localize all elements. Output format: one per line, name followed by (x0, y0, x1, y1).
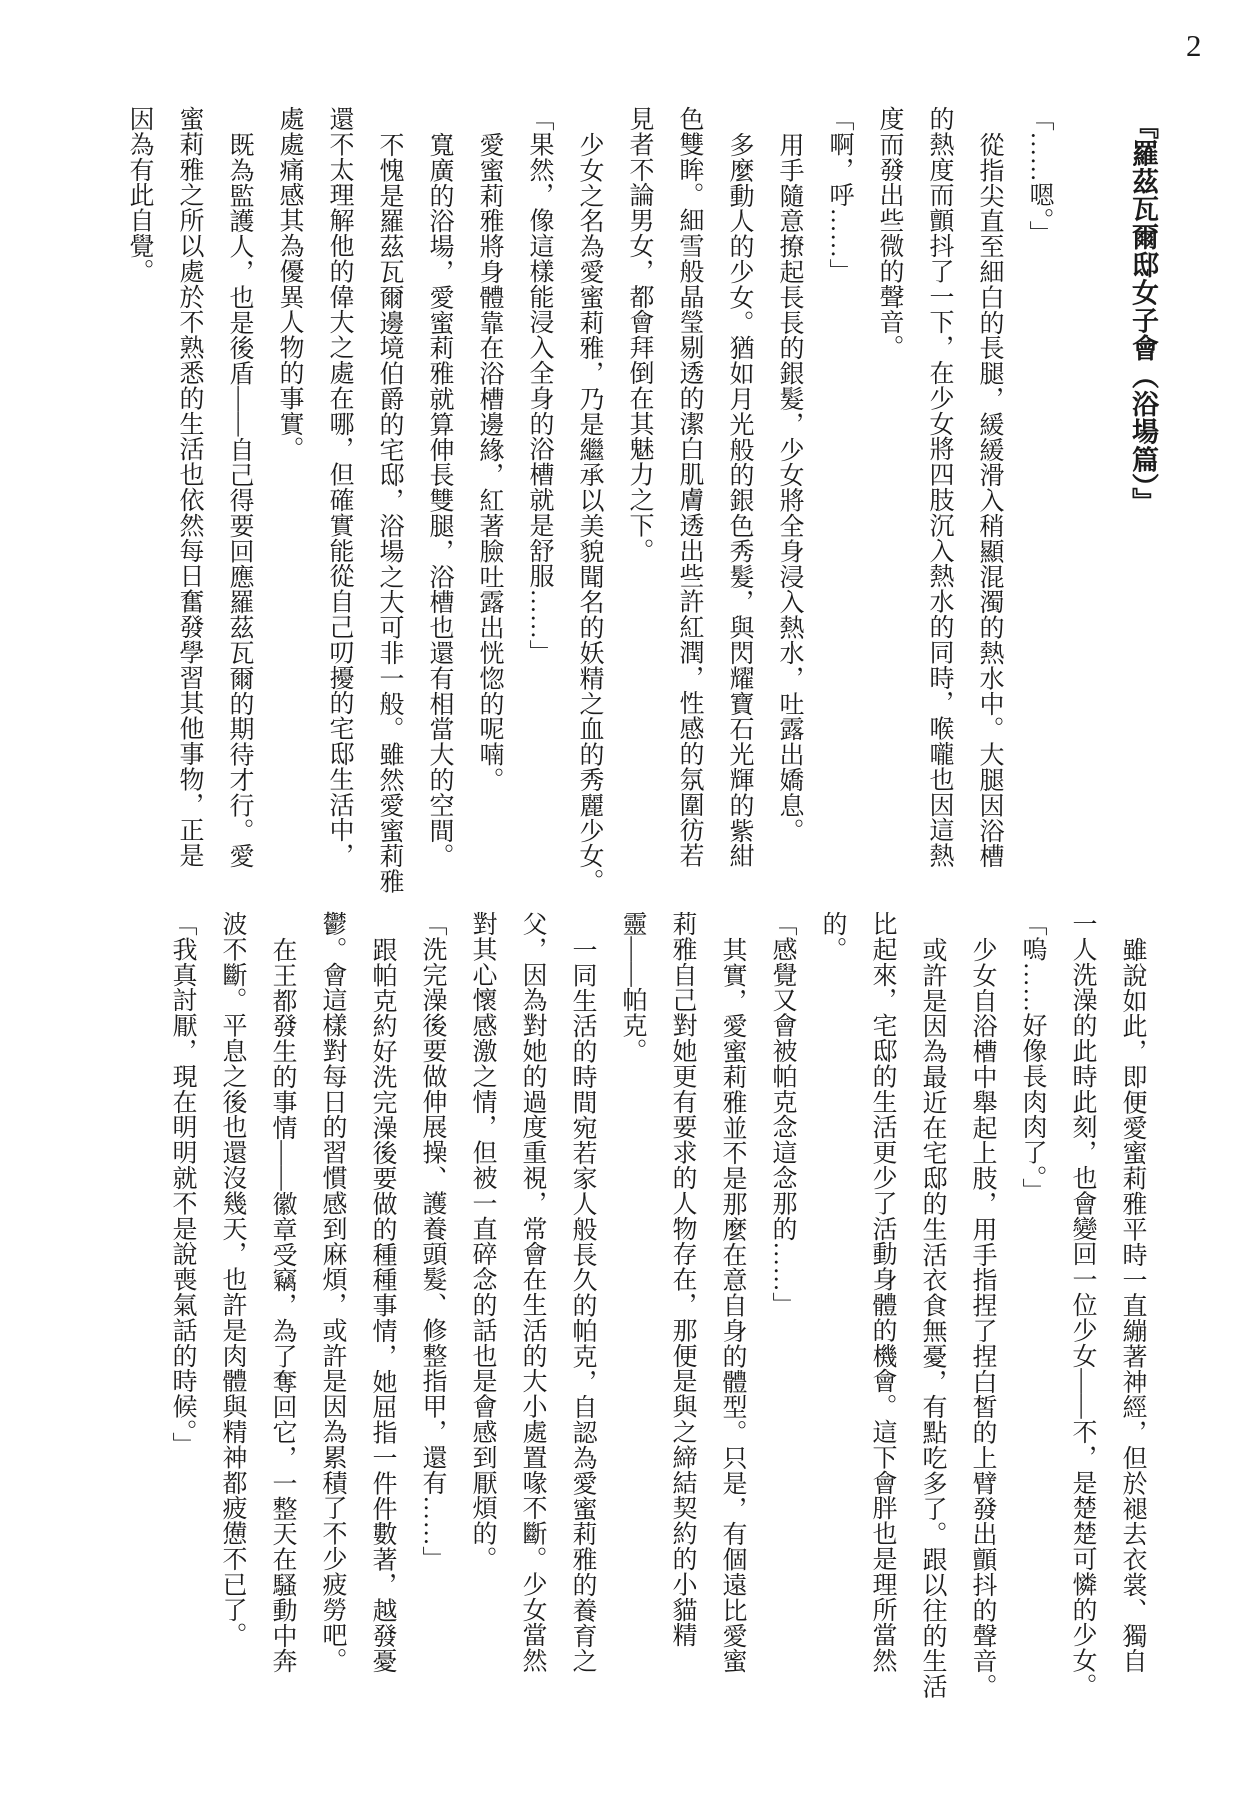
text-column: 少女自浴槽中舉起上肢，用手指捏了捏白皙的上臂發出顫抖的聲音。 (957, 911, 1007, 1703)
text-column: 愛蜜莉雅將身體靠在浴槽邊緣，紅著臉吐露出恍惚的呢喃。 (464, 106, 514, 878)
text-column: 不愧是羅茲瓦爾邊境伯爵的宅邸，浴場之大可非一般。雖然愛蜜莉雅 (364, 106, 414, 878)
text-column: 度而發出些微的聲音。 (864, 106, 914, 878)
text-column: 莉雅自己對她更有要求的人物存在，那便是與之締結契約的小貓精 (657, 911, 707, 1703)
page-number: 2 (1186, 28, 1203, 64)
text-column: 因為有此自覺。 (114, 106, 164, 878)
text-column: 用手隨意撩起長長的銀髮，少女將全身浸入熱水，吐露出嬌息。 (764, 106, 814, 878)
text-column: 的熱度而顫抖了一下，在少女將四肢沉入熱水的同時，喉嚨也因這熱 (914, 106, 964, 878)
text-column: 還不太理解他的偉大之處在哪，但確實能從自己叨擾的宅邸生活中， (314, 106, 364, 878)
text-column: 「我真討厭，現在明明就不是說喪氣話的時候。」 (157, 911, 207, 1703)
text-column: 跟帕克約好洗完澡後要做的種種事情，她屈指一件件數著，越發憂 (357, 911, 407, 1703)
text-column: 父，因為對她的過度重視，常會在生活的大小處置喙不斷。少女當然 (507, 911, 557, 1703)
text-column: 在王都發生的事情——徽章受竊，為了奪回它，一整天在騷動中奔 (257, 911, 307, 1703)
text-column: 其實，愛蜜莉雅並不是那麼在意自身的體型。只是，有個遠比愛蜜 (707, 911, 757, 1703)
text-column: 一人洗澡的此時此刻，也會變回一位少女——不，是楚楚可憐的少女。 (1057, 911, 1107, 1703)
text-column: 蜜莉雅之所以處於不熟悉的生活也依然每日奮發學習其他事物，正是 (164, 106, 214, 878)
text-column: 或許是因為最近在宅邸的生活衣食無憂，有點吃多了。跟以往的生活 (907, 911, 957, 1703)
text-column: 「洗完澡後要做伸展操、護養頭髮、修整指甲，還有……」 (407, 911, 457, 1703)
text-column: 多麼動人的少女。猶如月光般的銀色秀髮，與閃耀寶石光輝的紫紺 (714, 106, 764, 878)
text-column: 「……嗯。」 (1014, 106, 1064, 878)
text-column: 見者不論男女，都會拜倒在其魅力之下。 (614, 106, 664, 878)
text-column: 對其心懷感激之情，但被一直碎念的話也是會感到厭煩的。 (457, 911, 507, 1703)
text-column: 一同生活的時間宛若家人般長久的帕克，自認為愛蜜莉雅的養育之 (557, 911, 607, 1703)
text-column: 「嗚……好像長肉肉了。」 (1007, 911, 1057, 1703)
text-column: 「果然，像這樣能浸入全身的浴槽就是舒服……」 (514, 106, 564, 878)
text-column: 「感覺又會被帕克念這念那的……」 (757, 911, 807, 1703)
bottom-text-block: 雖說如此，即便愛蜜莉雅平時一直繃著神經，但於褪去衣裳、獨自 一人洗澡的此時此刻，… (157, 911, 1157, 1703)
text-column: 少女之名為愛蜜莉雅，乃是繼承以美貌聞名的妖精之血的秀麗少女。 (564, 106, 614, 878)
chapter-title: 『羅茲瓦爾邸女子會（浴場篇）』 (1118, 106, 1168, 884)
text-column: 既為監護人，也是後盾——自己得要回應羅茲瓦爾的期待才行。愛 (214, 106, 264, 878)
text-column: 鬱。會這樣對每日的習慣感到麻煩，或許是因為累積了不少疲勞吧。 (307, 911, 357, 1703)
text-column: 寬廣的浴場，愛蜜莉雅就算伸長雙腿，浴槽也還有相當大的空間。 (414, 106, 464, 878)
text-column: 從指尖直至細白的長腿，緩緩滑入稍顯混濁的熱水中。大腿因浴槽 (964, 106, 1014, 878)
text-column: 靈——帕克。 (607, 911, 657, 1703)
text-column: 波不斷。平息之後也還沒幾天，也許是肉體與精神都疲憊不已了。 (207, 911, 257, 1703)
text-column: 色雙眸。細雪般晶瑩剔透的潔白肌膚透出些許紅潤，性感的氛圍彷若 (664, 106, 714, 878)
text-column: 比起來，宅邸的生活更少了活動身體的機會。這下會胖也是理所當然 (857, 911, 907, 1703)
top-text-block: 『羅茲瓦爾邸女子會（浴場篇）』 「……嗯。」 從指尖直至細白的長腿，緩緩滑入稍顯… (114, 106, 1168, 878)
book-page: 2 『羅茲瓦爾邸女子會（浴場篇）』 「……嗯。」 從指尖直至細白的長腿，緩緩滑入… (0, 0, 1258, 1800)
text-column: 處處痛感其為優異人物的事實。 (264, 106, 314, 878)
text-column: 雖說如此，即便愛蜜莉雅平時一直繃著神經，但於褪去衣裳、獨自 (1107, 911, 1157, 1703)
text-column: 「啊，呼……」 (814, 106, 864, 878)
text-column: 的。 (807, 911, 857, 1703)
